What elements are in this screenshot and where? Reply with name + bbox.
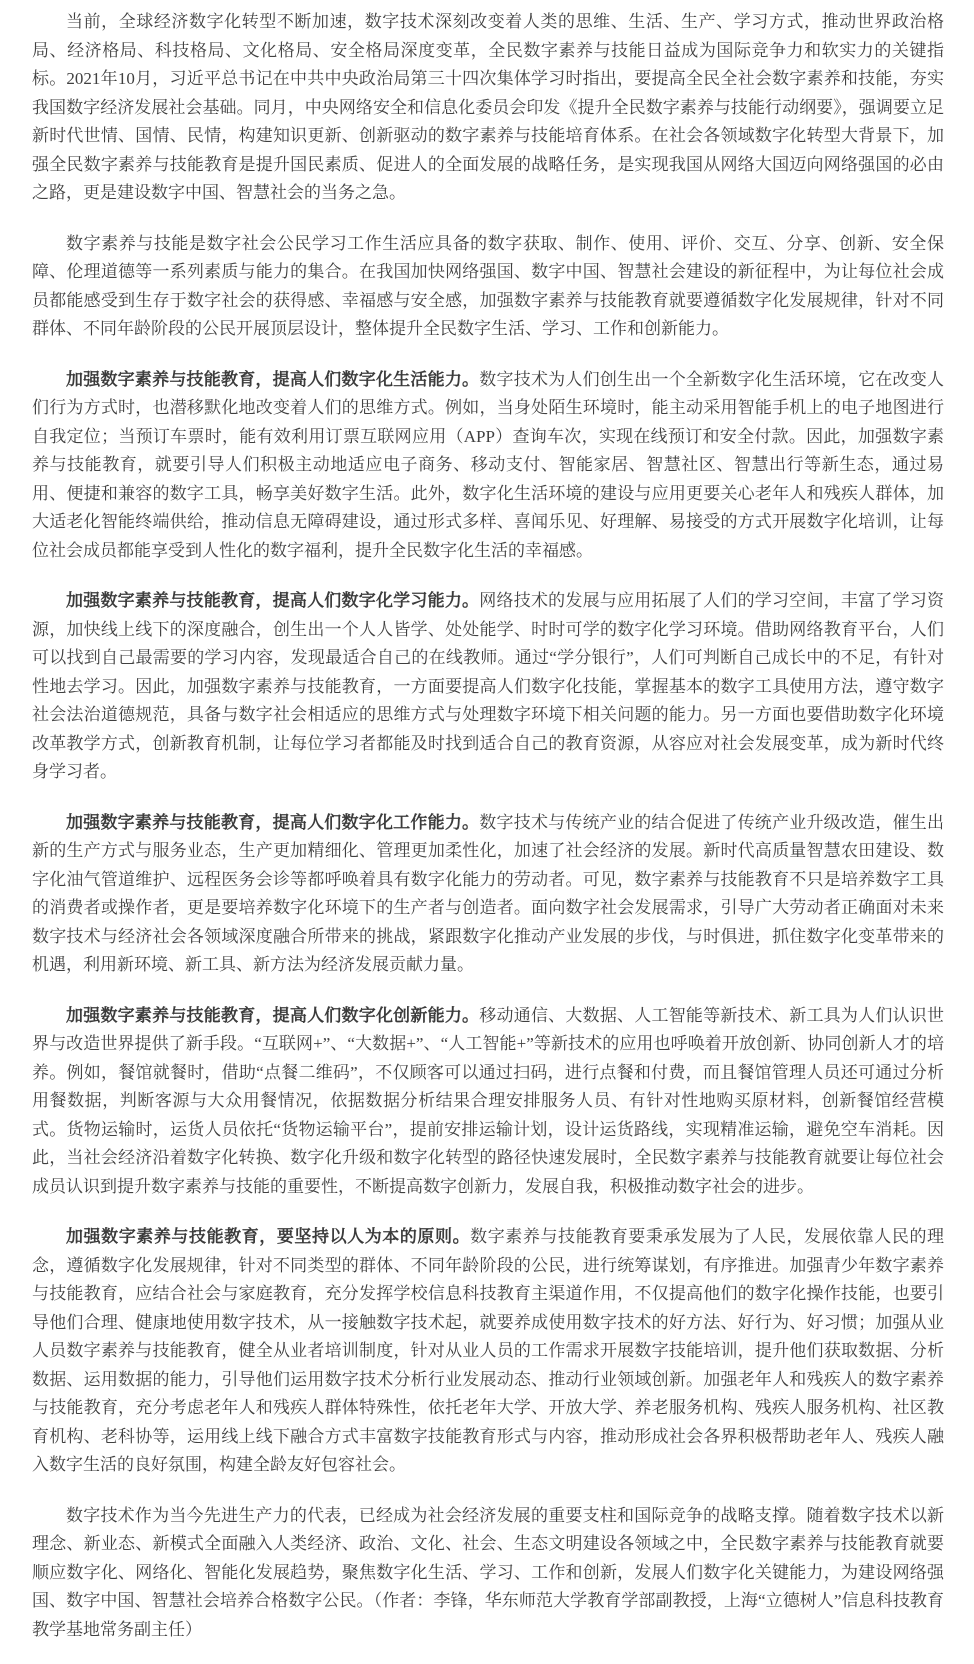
paragraph: 加强数字素养与技能教育，要坚持以人为本的原则。数字素养与技能教育要秉承发展为了人… xyxy=(32,1223,944,1480)
paragraph: 加强数字素养与技能教育，提高人们数字化生活能力。数字技术为人们创生出一个全新数字… xyxy=(32,366,944,566)
paragraph-text: 当前，全球经济数字化转型不断加速，数字技术深刻改变着人类的思维、生活、生产、学习… xyxy=(32,12,944,202)
paragraph-lead: 加强数字素养与技能教育，提高人们数字化生活能力。 xyxy=(66,370,479,389)
paragraph-text: 数字技术与传统产业的结合促进了传统产业升级改造，催生出新的生产方式与服务业态，生… xyxy=(32,813,944,975)
paragraph: 数字素养与技能是数字社会公民学习工作生活应具备的数字获取、制作、使用、评价、交互… xyxy=(32,230,944,344)
paragraph: 加强数字素养与技能教育，提高人们数字化创新能力。移动通信、大数据、人工智能等新技… xyxy=(32,1002,944,1202)
paragraph: 数字技术作为当今先进生产力的代表，已经成为社会经济发展的重要支柱和国际竞争的战略… xyxy=(32,1502,944,1645)
article-body: 当前，全球经济数字化转型不断加速，数字技术深刻改变着人类的思维、生活、生产、学习… xyxy=(32,8,944,1644)
paragraph-text: 数字素养与技能教育要秉承发展为了人民，发展依靠人民的理念，遵循数字化发展规律，针… xyxy=(32,1227,944,1474)
paragraph-text: 数字技术为人们创生出一个全新数字化生活环境，它在改变人们行为方式时，也潜移默化地… xyxy=(32,370,944,560)
paragraph-text: 网络技术的发展与应用拓展了人们的学习空间，丰富了学习资源，加快线上线下的深度融合… xyxy=(32,591,944,781)
paragraph-text: 数字素养与技能是数字社会公民学习工作生活应具备的数字获取、制作、使用、评价、交互… xyxy=(32,234,944,339)
paragraph: 加强数字素养与技能教育，提高人们数字化工作能力。数字技术与传统产业的结合促进了传… xyxy=(32,809,944,980)
paragraph-text: 移动通信、大数据、人工智能等新技术、新工具为人们认识世界与改造世界提供了新手段。… xyxy=(32,1006,944,1196)
paragraph-lead: 加强数字素养与技能教育，提高人们数字化创新能力。 xyxy=(66,1006,479,1025)
paragraph-lead: 加强数字素养与技能教育，提高人们数字化学习能力。 xyxy=(66,591,479,610)
paragraph: 当前，全球经济数字化转型不断加速，数字技术深刻改变着人类的思维、生活、生产、学习… xyxy=(32,8,944,208)
paragraph: 加强数字素养与技能教育，提高人们数字化学习能力。网络技术的发展与应用拓展了人们的… xyxy=(32,587,944,787)
paragraph-lead: 加强数字素养与技能教育，要坚持以人为本的原则。 xyxy=(66,1227,470,1246)
article-page: 当前，全球经济数字化转型不断加速，数字技术深刻改变着人类的思维、生活、生产、学习… xyxy=(0,0,974,1664)
paragraph-text: 数字技术作为当今先进生产力的代表，已经成为社会经济发展的重要支柱和国际竞争的战略… xyxy=(32,1506,944,1639)
paragraph-lead: 加强数字素养与技能教育，提高人们数字化工作能力。 xyxy=(66,813,479,832)
